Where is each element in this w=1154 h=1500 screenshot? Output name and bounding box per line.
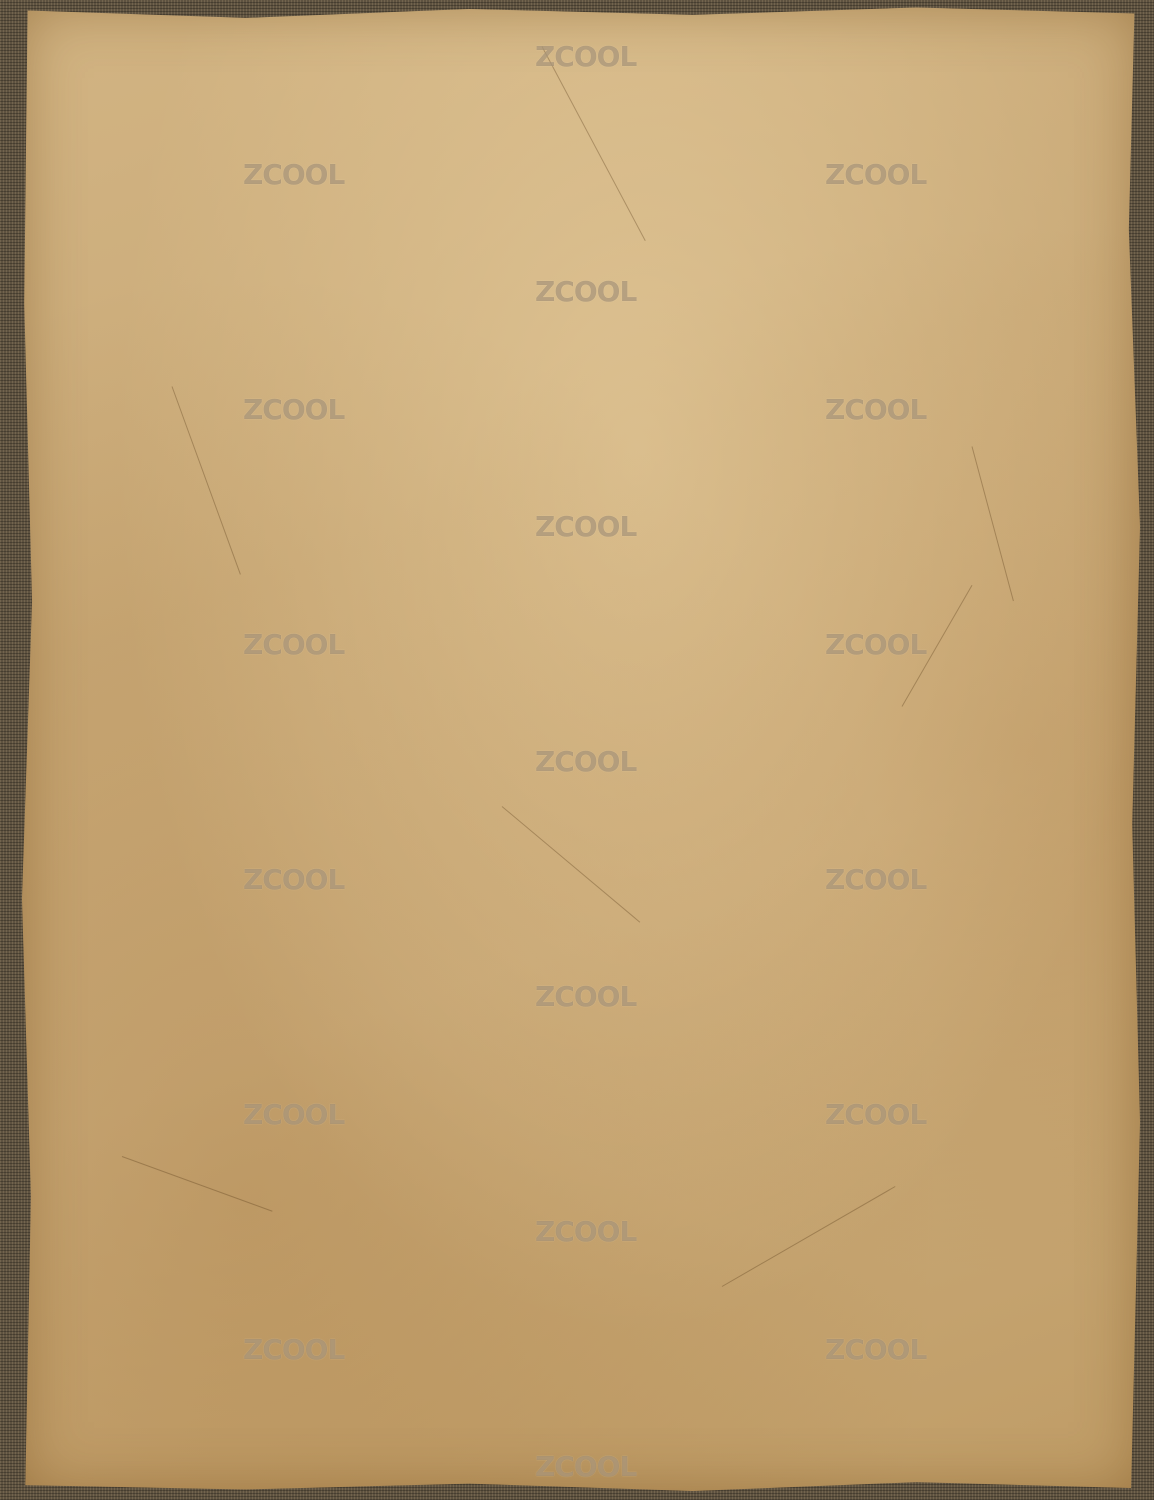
zcool-watermark: ZCOOL: [243, 393, 344, 426]
zcool-watermark: ZCOOL: [243, 1098, 344, 1131]
crease: [502, 806, 641, 922]
zcool-watermark: ZCOOL: [825, 1098, 926, 1131]
zcool-watermark: ZCOOL: [535, 40, 636, 73]
zcool-watermark: ZCOOL: [243, 1333, 344, 1366]
zcool-watermark: ZCOOL: [243, 628, 344, 661]
zcool-watermark: ZCOOL: [243, 158, 344, 191]
zcool-watermark: ZCOOL: [825, 628, 926, 661]
zcool-watermark: ZCOOL: [825, 393, 926, 426]
zcool-watermark: ZCOOL: [535, 510, 636, 543]
crease: [122, 1156, 273, 1212]
crease: [542, 46, 646, 241]
zcool-watermark: ZCOOL: [535, 1215, 636, 1248]
crease: [172, 386, 241, 574]
zcool-watermark: ZCOOL: [825, 158, 926, 191]
zcool-watermark: ZCOOL: [535, 275, 636, 308]
zcool-watermark: ZCOOL: [825, 863, 926, 896]
zcool-watermark: ZCOOL: [535, 745, 636, 778]
zcool-watermark: ZCOOL: [243, 863, 344, 896]
crease: [722, 1186, 896, 1287]
crease: [972, 446, 1014, 601]
zcool-watermark: ZCOOL: [825, 1333, 926, 1366]
zcool-watermark: ZCOOL: [535, 1450, 636, 1483]
zcool-watermark: ZCOOL: [535, 980, 636, 1013]
